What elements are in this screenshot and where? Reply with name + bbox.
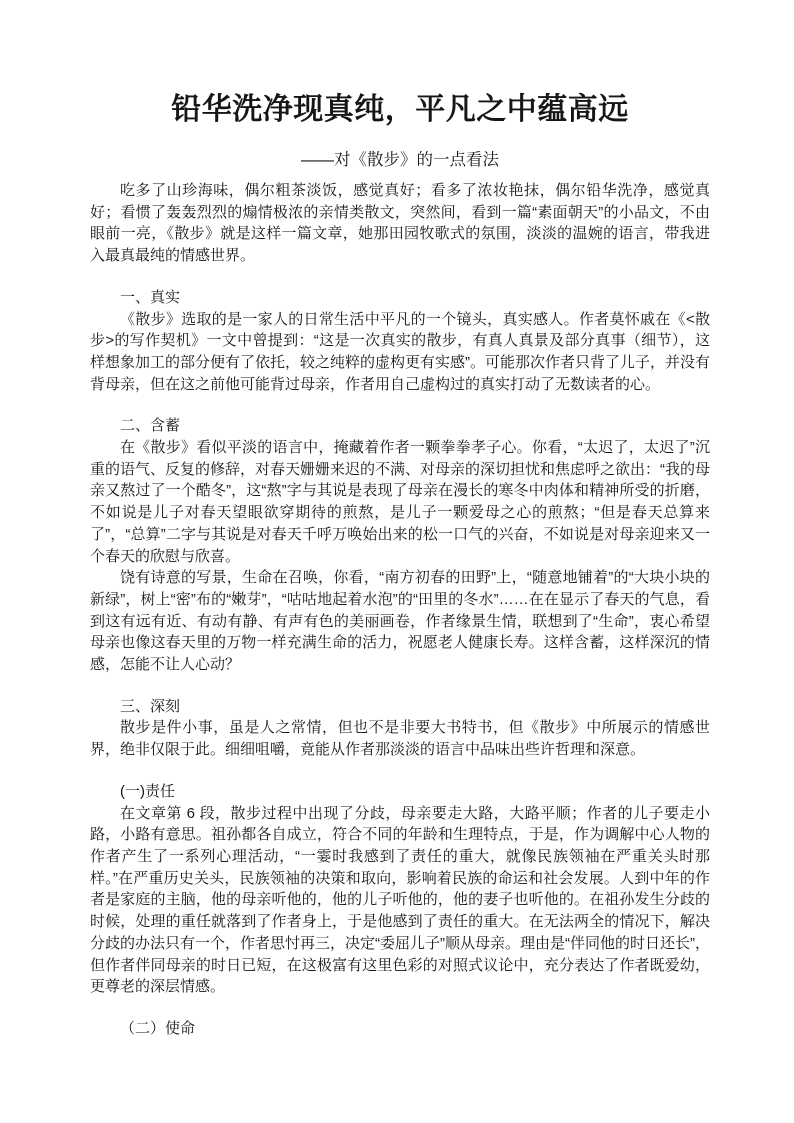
section-heading-truth: 一、真实	[90, 287, 710, 309]
section-truth-paragraph: 《散步》选取的是一家人的日常生活中平凡的一个镜头，真实感人。作者莫怀戚在《<散步…	[90, 309, 710, 396]
essay-title: 铅华洗净现真纯，平凡之中蕴高远	[90, 88, 710, 132]
section-subtlety-paragraph-2: 饶有诗意的写景，生命在召唤，你看，“南方初春的田野”上，“随意地铺着”的“大块小…	[90, 567, 710, 676]
section-heading-subtlety: 二、含蓄	[90, 415, 710, 437]
subsection-heading-responsibility: (一)责任	[90, 781, 710, 803]
subsection-heading-mission: （二）使命	[90, 1018, 710, 1040]
section-profundity-paragraph: 散步是件小事，虽是人之常情，但也不是非要大书特书，但《散步》中所展示的情感世界，…	[90, 717, 710, 760]
intro-paragraph: 吃多了山珍海味，偶尔粗茶淡饭，感觉真好；看多了浓妆艳抹，偶尔铅华洗净，感觉真好；…	[90, 180, 710, 267]
essay-subtitle: ——对《散步》的一点看法	[90, 147, 710, 173]
document-page: 铅华洗净现真纯，平凡之中蕴高远 ——对《散步》的一点看法 吃多了山珍海味，偶尔粗…	[0, 0, 794, 1123]
section-heading-profundity: 三、深刻	[90, 696, 710, 718]
section-subtlety-paragraph-1: 在《散步》看似平淡的语言中，掩藏着作者一颗拳拳孝子心。你看，“太迟了，太迟了”沉…	[90, 437, 710, 567]
subsection-responsibility-paragraph: 在文章第 6 段，散步过程中出现了分歧，母亲要走大路，大路平顺；作者的儿子要走小…	[90, 803, 710, 998]
